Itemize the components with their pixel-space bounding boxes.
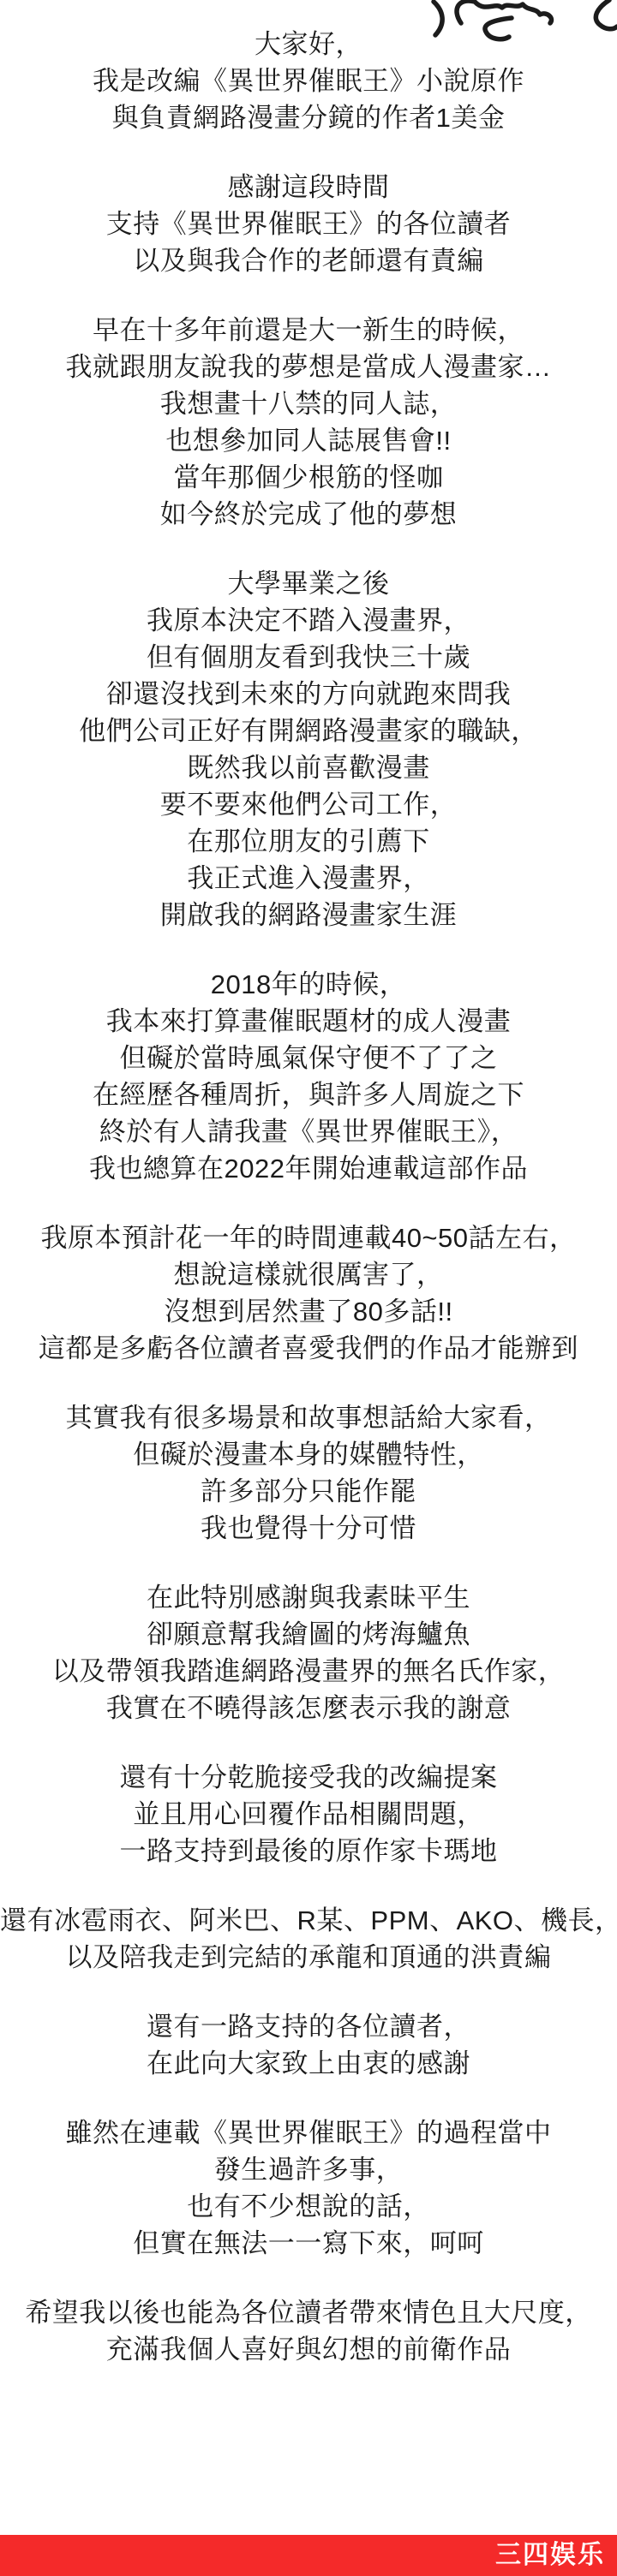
text-line: 也有不少想說的話， <box>0 2188 617 2225</box>
paragraph: 還有十分乾脆接受我的改編提案並且用心回覆作品相關問題，一路支持到最後的原作家卡瑪… <box>0 1759 617 1869</box>
text-line: 他們公司正好有開網路漫畫家的職缺， <box>0 713 617 749</box>
text-line: 在此特別感謝與我素昧平生 <box>0 1579 617 1616</box>
paragraph: 還有冰雹雨衣、阿米巴、R某、PPM、AKO、機長，以及陪我走到完結的承龍和頂通的… <box>0 1902 617 1976</box>
text-line: 既然我以前喜歡漫畫 <box>0 749 617 786</box>
text-line: 我也總算在2022年開始連載這部作品 <box>0 1150 617 1187</box>
text-line: 我本來打算畫催眠題材的成人漫畫 <box>0 1003 617 1040</box>
text-line: 充滿我個人喜好與幻想的前衛作品 <box>0 2331 617 2368</box>
text-line: 希望我以後也能為各位讀者帶來情色且大尺度， <box>0 2294 617 2331</box>
paragraph: 2018年的時候，我本來打算畫催眠題材的成人漫畫但礙於當時風氣保守便不了了之在經… <box>0 966 617 1187</box>
text-line: 但礙於漫畫本身的媒體特性， <box>0 1436 617 1473</box>
paragraph: 早在十多年前還是大一新生的時候，我就跟朋友說我的夢想是當成人漫畫家…我想畫十八禁… <box>0 312 617 533</box>
text-line: 以及與我合作的老師還有責編 <box>0 242 617 279</box>
text-line: 但礙於當時風氣保守便不了了之 <box>0 1040 617 1076</box>
text-line: 支持《異世界催眠王》的各位讀者 <box>0 206 617 242</box>
text-line: 並且用心回覆作品相關問題， <box>0 1796 617 1833</box>
text-line: 還有冰雹雨衣、阿米巴、R某、PPM、AKO、機長， <box>0 1902 617 1939</box>
text-line: 當年那個少根筋的怪咖 <box>0 459 617 496</box>
text-line: 雖然在連載《異世界催眠王》的過程當中 <box>0 2114 617 2151</box>
paragraph: 我原本預計花一年的時間連載40~50話左右，想說這樣就很厲害了，沒想到居然畫了8… <box>0 1219 617 1367</box>
text-line: 我想畫十八禁的同人誌， <box>0 385 617 422</box>
paragraph: 其實我有很多場景和故事想話給大家看，但礙於漫畫本身的媒體特性，許多部分只能作罷我… <box>0 1399 617 1547</box>
text-line: 感謝這段時間 <box>0 169 617 206</box>
paragraph: 感謝這段時間支持《異世界催眠王》的各位讀者以及與我合作的老師還有責編 <box>0 169 617 279</box>
paragraph: 還有一路支持的各位讀者，在此向大家致上由衷的感謝 <box>0 2008 617 2082</box>
text-line: 想說這樣就很厲害了， <box>0 1256 617 1293</box>
afterword-text: 大家好，我是改編《異世界催眠王》小說原作與負責網路漫畫分鏡的作者1美金感謝這段時… <box>0 26 617 2400</box>
text-line: 我也覺得十分可惜 <box>0 1510 617 1547</box>
text-line: 以及陪我走到完結的承龍和頂通的洪責編 <box>0 1939 617 1976</box>
page: 大家好，我是改編《異世界催眠王》小說原作與負責網路漫畫分鏡的作者1美金感謝這段時… <box>0 0 617 2576</box>
text-line: 許多部分只能作罷 <box>0 1473 617 1510</box>
text-line: 終於有人請我畫《異世界催眠王》， <box>0 1113 617 1150</box>
text-line: 如今終於完成了他的夢想 <box>0 496 617 533</box>
text-line: 卻願意幫我繪圖的烤海鱸魚 <box>0 1616 617 1653</box>
text-line: 在此向大家致上由衷的感謝 <box>0 2045 617 2082</box>
text-line: 大家好， <box>0 26 617 63</box>
text-line: 但實在無法一一寫下來，呵呵 <box>0 2225 617 2262</box>
paragraph: 雖然在連載《異世界催眠王》的過程當中發生過許多事，也有不少想說的話，但實在無法一… <box>0 2114 617 2262</box>
text-line: 要不要來他們公司工作， <box>0 786 617 823</box>
text-line: 我實在不曉得該怎麼表示我的謝意 <box>0 1690 617 1726</box>
text-line: 一路支持到最後的原作家卡瑪地 <box>0 1833 617 1869</box>
text-line: 我原本預計花一年的時間連載40~50話左右， <box>0 1219 617 1256</box>
text-line: 以及帶領我踏進網路漫畫界的無名氏作家， <box>0 1653 617 1690</box>
text-line: 我原本決定不踏入漫畫界， <box>0 602 617 639</box>
text-line: 這都是多虧各位讀者喜愛我們的作品才能辦到 <box>0 1330 617 1367</box>
text-line: 大學畢業之後 <box>0 565 617 602</box>
text-line: 沒想到居然畫了80多話!! <box>0 1293 617 1330</box>
text-line: 我正式進入漫畫界， <box>0 860 617 897</box>
text-line: 開啟我的網路漫畫家生涯 <box>0 897 617 933</box>
text-line: 還有一路支持的各位讀者， <box>0 2008 617 2045</box>
text-line: 我就跟朋友說我的夢想是當成人漫畫家… <box>0 349 617 385</box>
paragraph: 希望我以後也能為各位讀者帶來情色且大尺度，充滿我個人喜好與幻想的前衛作品 <box>0 2294 617 2368</box>
paragraph: 大學畢業之後我原本決定不踏入漫畫界，但有個朋友看到我快三十歲卻還沒找到未來的方向… <box>0 565 617 933</box>
text-line: 早在十多年前還是大一新生的時候， <box>0 312 617 349</box>
text-line: 還有十分乾脆接受我的改編提案 <box>0 1759 617 1796</box>
paragraph: 在此特別感謝與我素昧平生卻願意幫我繪圖的烤海鱸魚以及帶領我踏進網路漫畫界的無名氏… <box>0 1579 617 1726</box>
text-line: 在那位朋友的引薦下 <box>0 823 617 860</box>
footer-bar: 三四娱乐 <box>0 2535 617 2576</box>
text-line: 與負責網路漫畫分鏡的作者1美金 <box>0 99 617 136</box>
text-line: 我是改編《異世界催眠王》小說原作 <box>0 63 617 99</box>
text-line: 2018年的時候， <box>0 966 617 1003</box>
paragraph: 大家好，我是改編《異世界催眠王》小說原作與負責網路漫畫分鏡的作者1美金 <box>0 26 617 136</box>
text-line: 卻還沒找到未來的方向就跑來問我 <box>0 676 617 713</box>
text-line: 其實我有很多場景和故事想話給大家看， <box>0 1399 617 1436</box>
text-line: 也想參加同人誌展售會!! <box>0 422 617 459</box>
brand-watermark: 三四娱乐 <box>495 2543 605 2568</box>
text-line: 在經歷各種周折，與許多人周旋之下 <box>0 1076 617 1113</box>
text-line: 但有個朋友看到我快三十歲 <box>0 639 617 676</box>
text-line: 發生過許多事， <box>0 2151 617 2188</box>
